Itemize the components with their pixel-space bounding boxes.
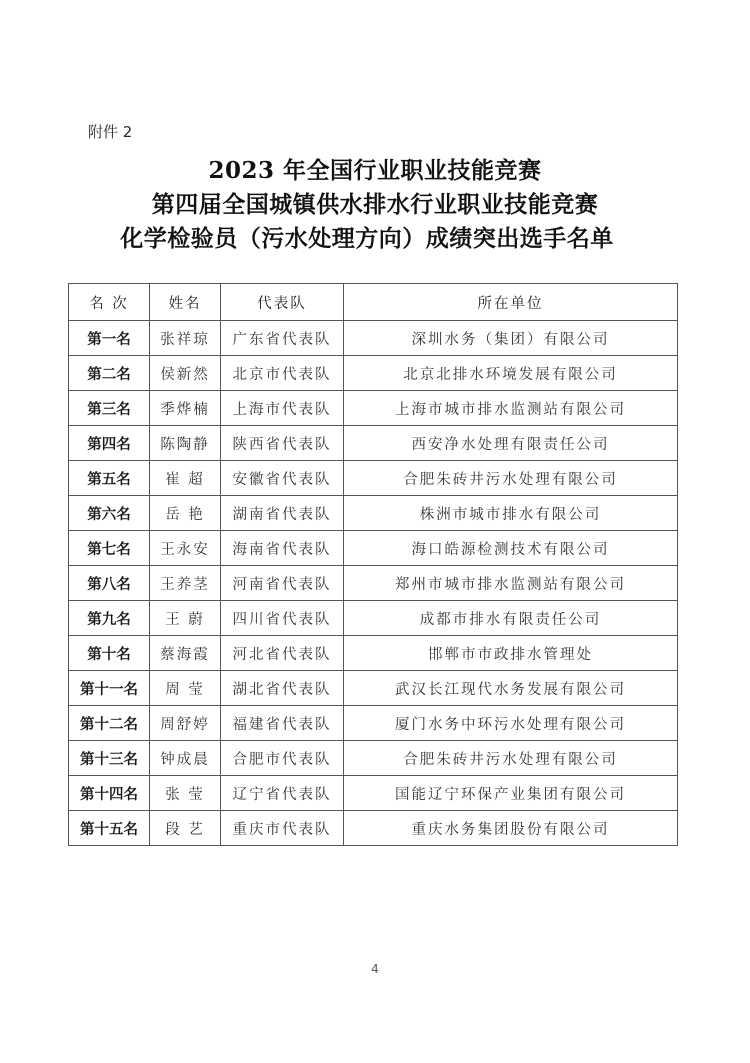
rank-cell: 第十四名 — [69, 776, 150, 811]
name-cell: 钟成晨 — [150, 741, 221, 776]
title-line-2: 第四届全国城镇供水排水行业职业技能竞赛 — [0, 186, 750, 219]
header-rank: 名 次 — [69, 284, 150, 321]
title-line-3: 化学检验员（污水处理方向）成绩突出选手名单 — [0, 220, 742, 253]
name-cell: 王养茎 — [150, 566, 221, 601]
team-cell: 四川省代表队 — [221, 601, 344, 636]
unit-cell: 株洲市城市排水有限公司 — [344, 496, 678, 531]
name-cell: 王 蔚 — [150, 601, 221, 636]
rank-cell: 第十一名 — [69, 671, 150, 706]
table-row: 第十五名段 艺重庆市代表队重庆水务集团股份有限公司 — [69, 811, 678, 846]
team-cell: 合肥市代表队 — [221, 741, 344, 776]
unit-cell: 海口皓源检测技术有限公司 — [344, 531, 678, 566]
header-unit: 所在单位 — [344, 284, 678, 321]
unit-cell: 国能辽宁环保产业集团有限公司 — [344, 776, 678, 811]
table-row: 第十名蔡海霞河北省代表队邯郸市市政排水管理处 — [69, 636, 678, 671]
unit-cell: 西安净水处理有限责任公司 — [344, 426, 678, 461]
unit-cell: 合肥朱砖井污水处理有限公司 — [344, 741, 678, 776]
team-cell: 安徽省代表队 — [221, 461, 344, 496]
table-row: 第十四名张 莹辽宁省代表队国能辽宁环保产业集团有限公司 — [69, 776, 678, 811]
rank-cell: 第八名 — [69, 566, 150, 601]
team-cell: 重庆市代表队 — [221, 811, 344, 846]
team-cell: 湖南省代表队 — [221, 496, 344, 531]
name-cell: 侯新然 — [150, 356, 221, 391]
name-cell: 周舒婷 — [150, 706, 221, 741]
rank-cell: 第十名 — [69, 636, 150, 671]
rank-cell: 第十五名 — [69, 811, 150, 846]
name-cell: 王永安 — [150, 531, 221, 566]
team-cell: 陕西省代表队 — [221, 426, 344, 461]
name-cell: 岳 艳 — [150, 496, 221, 531]
name-cell: 张祥琼 — [150, 321, 221, 356]
team-cell: 福建省代表队 — [221, 706, 344, 741]
rank-cell: 第十三名 — [69, 741, 150, 776]
team-cell: 海南省代表队 — [221, 531, 344, 566]
winners-table: 名 次 姓名 代表队 所在单位 第一名张祥琼广东省代表队深圳水务（集团）有限公司… — [68, 283, 678, 846]
table-row: 第四名陈陶静陕西省代表队西安净水处理有限责任公司 — [69, 426, 678, 461]
name-cell: 崔 超 — [150, 461, 221, 496]
page-number: 4 — [0, 962, 750, 976]
rank-cell: 第二名 — [69, 356, 150, 391]
table-row: 第三名季烨楠上海市代表队上海市城市排水监测站有限公司 — [69, 391, 678, 426]
team-cell: 河南省代表队 — [221, 566, 344, 601]
unit-cell: 武汉长江现代水务发展有限公司 — [344, 671, 678, 706]
team-cell: 河北省代表队 — [221, 636, 344, 671]
rank-cell: 第四名 — [69, 426, 150, 461]
rank-cell: 第一名 — [69, 321, 150, 356]
unit-cell: 深圳水务（集团）有限公司 — [344, 321, 678, 356]
unit-cell: 重庆水务集团股份有限公司 — [344, 811, 678, 846]
table-row: 第七名王永安海南省代表队海口皓源检测技术有限公司 — [69, 531, 678, 566]
name-cell: 蔡海霞 — [150, 636, 221, 671]
header-team: 代表队 — [221, 284, 344, 321]
table-row: 第十一名周 莹湖北省代表队武汉长江现代水务发展有限公司 — [69, 671, 678, 706]
name-cell: 季烨楠 — [150, 391, 221, 426]
unit-cell: 厦门水务中环污水处理有限公司 — [344, 706, 678, 741]
rank-cell: 第六名 — [69, 496, 150, 531]
unit-cell: 邯郸市市政排水管理处 — [344, 636, 678, 671]
team-cell: 湖北省代表队 — [221, 671, 344, 706]
rank-cell: 第七名 — [69, 531, 150, 566]
team-cell: 广东省代表队 — [221, 321, 344, 356]
table-row: 第八名王养茎河南省代表队郑州市城市排水监测站有限公司 — [69, 566, 678, 601]
name-cell: 周 莹 — [150, 671, 221, 706]
header-name: 姓名 — [150, 284, 221, 321]
table-row: 第五名崔 超安徽省代表队合肥朱砖井污水处理有限公司 — [69, 461, 678, 496]
table-row: 第一名张祥琼广东省代表队深圳水务（集团）有限公司 — [69, 321, 678, 356]
attachment-label: 附件 2 — [88, 121, 132, 142]
unit-cell: 上海市城市排水监测站有限公司 — [344, 391, 678, 426]
name-cell: 张 莹 — [150, 776, 221, 811]
name-cell: 段 艺 — [150, 811, 221, 846]
table-row: 第九名王 蔚四川省代表队成都市排水有限责任公司 — [69, 601, 678, 636]
name-cell: 陈陶静 — [150, 426, 221, 461]
rank-cell: 第五名 — [69, 461, 150, 496]
team-cell: 辽宁省代表队 — [221, 776, 344, 811]
unit-cell: 成都市排水有限责任公司 — [344, 601, 678, 636]
table-row: 第六名岳 艳湖南省代表队株洲市城市排水有限公司 — [69, 496, 678, 531]
title-line-1: 2023 年全国行业职业技能竞赛 — [0, 152, 750, 185]
table-row: 第二名侯新然北京市代表队北京北排水环境发展有限公司 — [69, 356, 678, 391]
table-row: 第十二名周舒婷福建省代表队厦门水务中环污水处理有限公司 — [69, 706, 678, 741]
rank-cell: 第九名 — [69, 601, 150, 636]
rank-cell: 第三名 — [69, 391, 150, 426]
team-cell: 上海市代表队 — [221, 391, 344, 426]
rank-cell: 第十二名 — [69, 706, 150, 741]
table-header-row: 名 次 姓名 代表队 所在单位 — [69, 284, 678, 321]
team-cell: 北京市代表队 — [221, 356, 344, 391]
table-row: 第十三名钟成晨合肥市代表队合肥朱砖井污水处理有限公司 — [69, 741, 678, 776]
unit-cell: 郑州市城市排水监测站有限公司 — [344, 566, 678, 601]
unit-cell: 北京北排水环境发展有限公司 — [344, 356, 678, 391]
unit-cell: 合肥朱砖井污水处理有限公司 — [344, 461, 678, 496]
